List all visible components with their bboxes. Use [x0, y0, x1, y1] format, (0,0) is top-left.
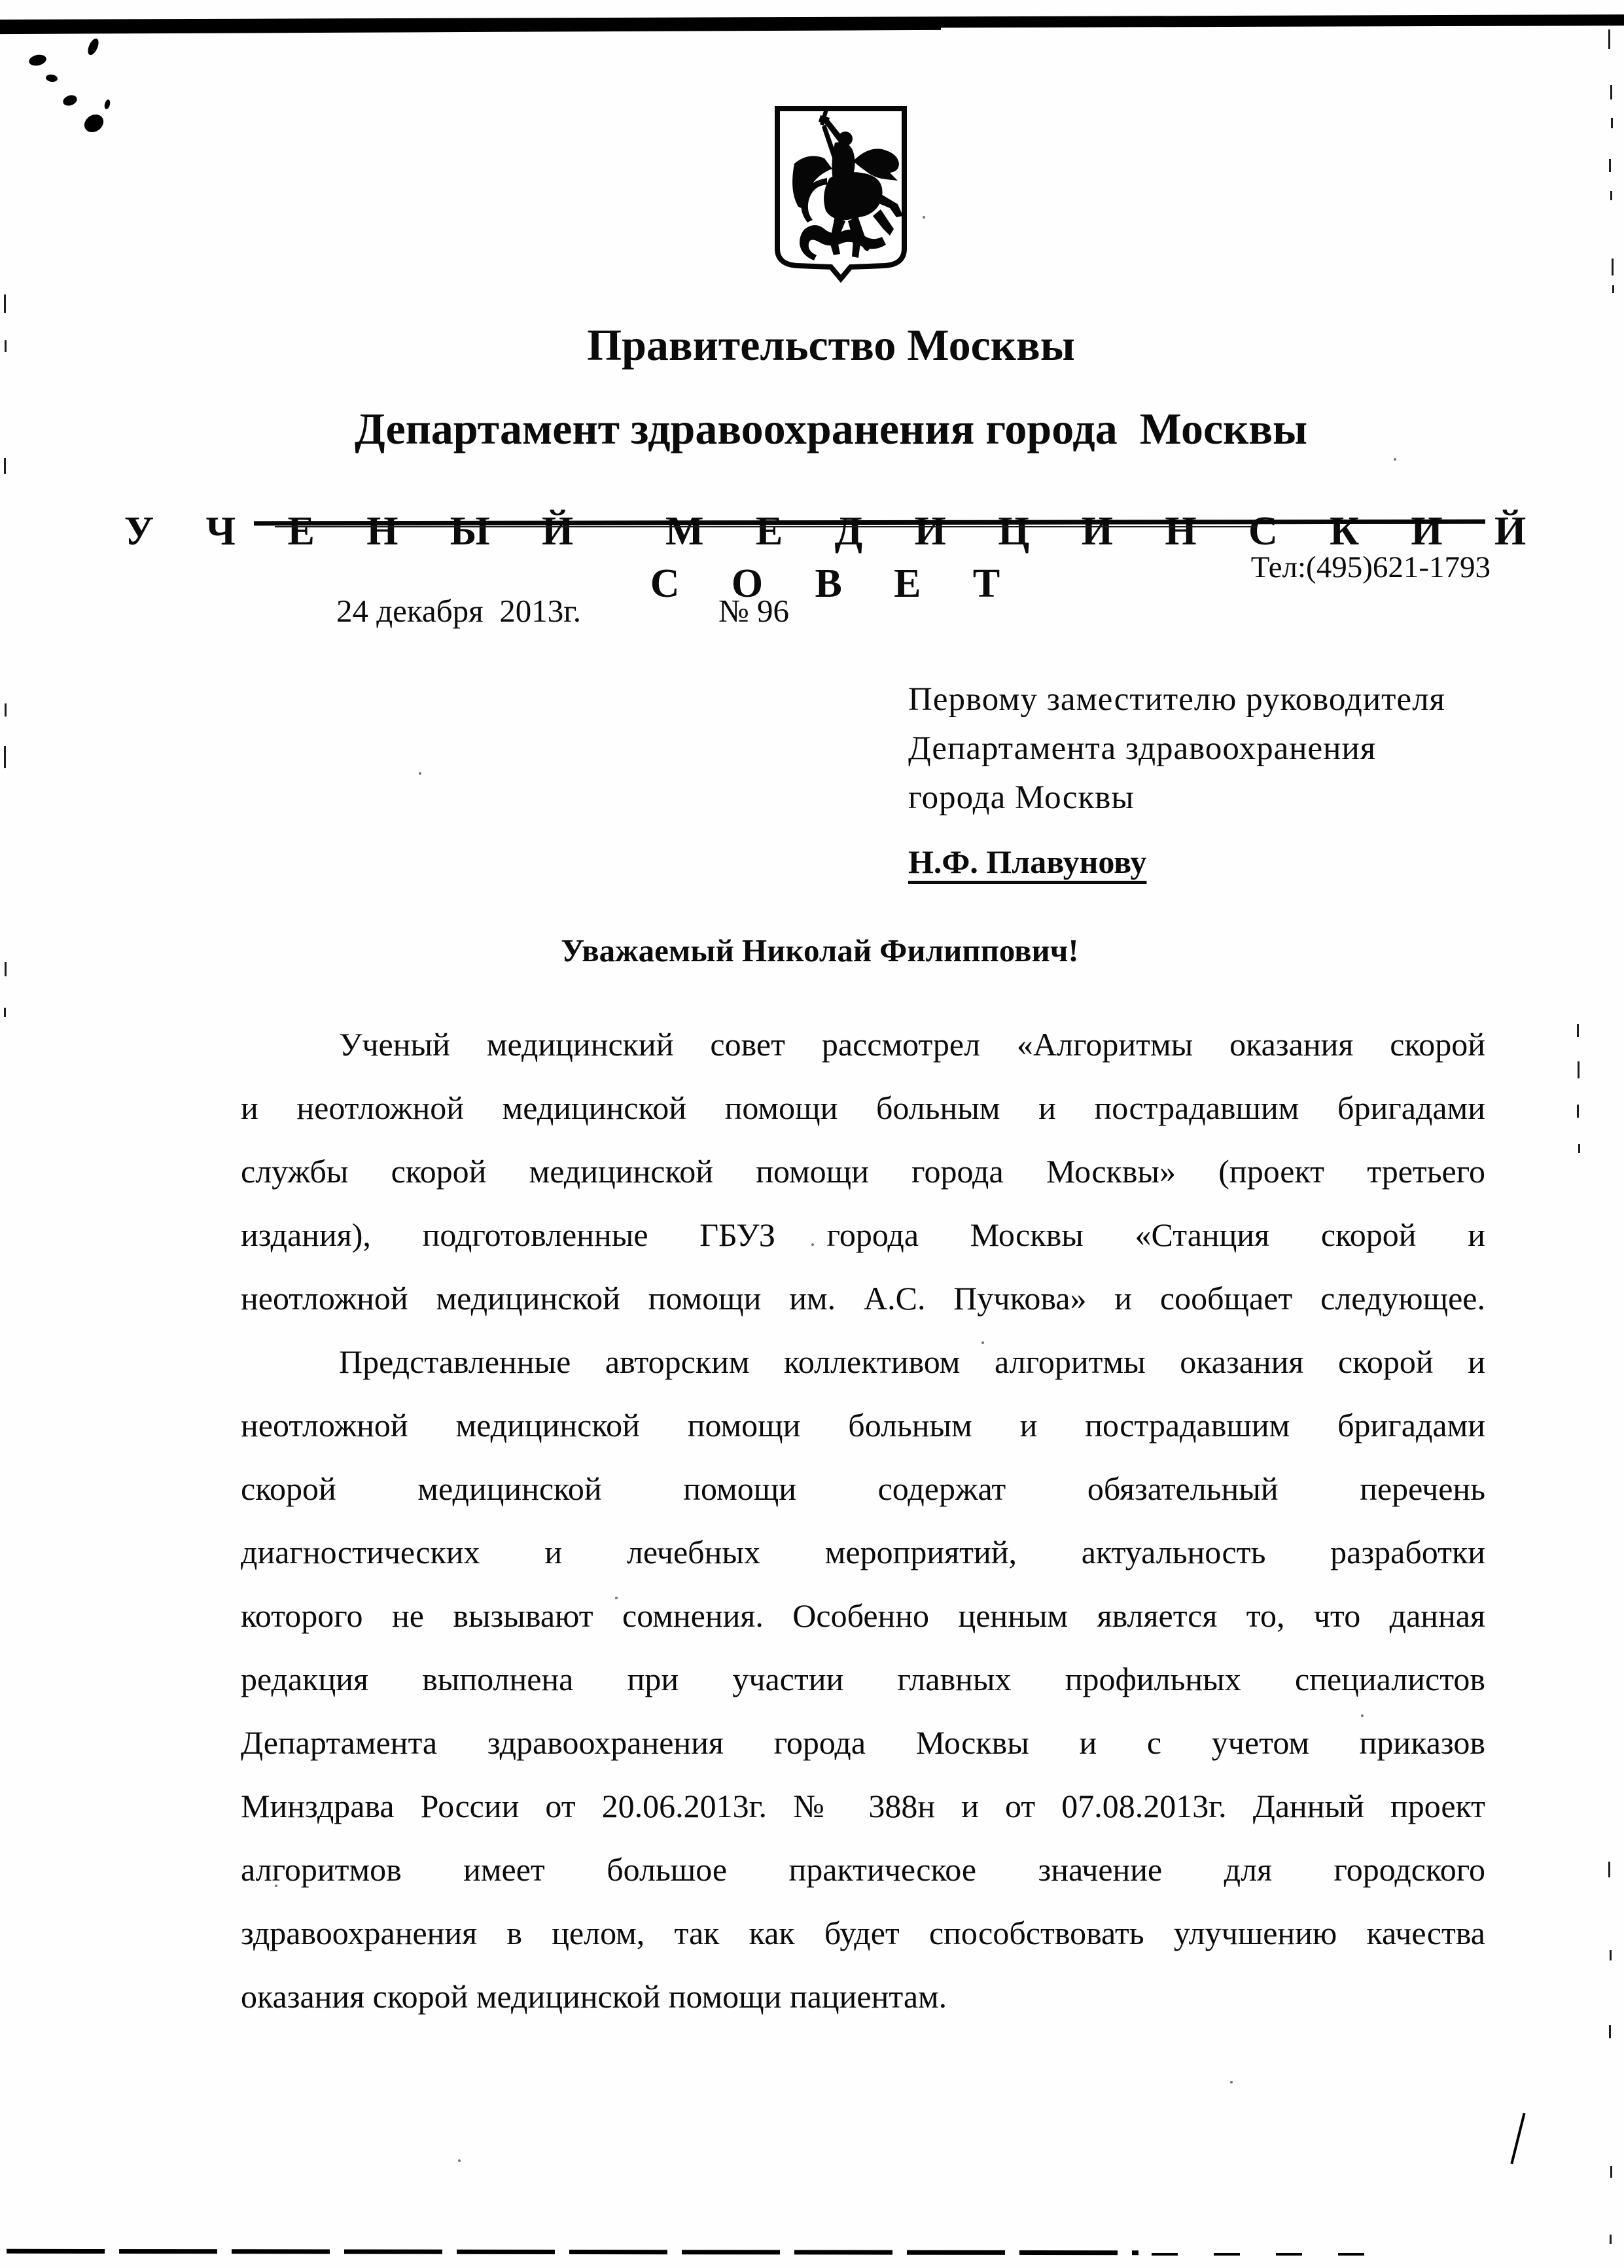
scan-artifact-edge-mark	[1578, 1061, 1580, 1078]
body-line: Минздрава России от 20.06.2013г. № 388н …	[241, 1775, 1485, 1838]
body-line: неотложной медицинской помощи больным и …	[241, 1394, 1485, 1457]
body-line: службы скорой медицинской помощи города …	[241, 1140, 1485, 1203]
scan-artifact-edge-mark	[1610, 191, 1612, 200]
scan-artifact-edge-mark	[1612, 285, 1614, 293]
scan-artifact-edge-mark	[1610, 85, 1612, 99]
body-line: диагностических и лечебных мероприятий, …	[241, 1521, 1485, 1584]
body-line: Департамента здравоохранения города Моск…	[241, 1711, 1485, 1775]
body-line: здравоохранения в целом, так как будет с…	[241, 1902, 1485, 1965]
scanned-letter-page: Правительство Москвы Департамент здравоо…	[0, 0, 1624, 2268]
scan-artifact-edge-mark	[4, 746, 6, 768]
scan-artifact-smudge	[28, 53, 48, 67]
letterhead-rule-thin	[275, 526, 1256, 527]
scan-artifact-edge-mark	[4, 1008, 6, 1017]
scan-artifact-edge-mark	[1608, 1862, 1610, 1877]
body-line: скорой медицинской помощи содержат обяза…	[241, 1457, 1485, 1521]
body-line: Ученый медицинский совет рассмотрел «Алг…	[241, 1013, 1485, 1076]
moscow-coat-of-arms	[769, 101, 912, 283]
scan-artifact-speck	[458, 2159, 461, 2162]
addressee-line: Первому заместителю руководителя	[908, 675, 1523, 724]
scan-artifact-edge-mark	[1612, 258, 1614, 275]
scan-artifact-speck	[419, 772, 421, 775]
scan-artifact-smudge	[86, 37, 101, 57]
scan-artifact-edge-mark	[1609, 2025, 1611, 2038]
scan-artifact-speck	[923, 216, 925, 219]
addressee-line: Департамента здравоохранения	[908, 724, 1523, 773]
scan-artifact-edge-mark	[1611, 118, 1613, 128]
scan-artifact-edge-mark	[1578, 1144, 1580, 1153]
body-line: и неотложной медицинской помощи больным …	[241, 1076, 1485, 1140]
scan-artifact-smudge	[62, 94, 79, 108]
scan-artifact-edge-mark	[4, 294, 6, 313]
scan-artifact-edge-mark	[1609, 159, 1611, 172]
org-name-line1: Правительство Москвы	[98, 318, 1564, 372]
salutation: Уважаемый Николай Филиппович!	[241, 932, 1399, 969]
letter-number: № 96	[718, 592, 789, 629]
scan-artifact-slash-mark	[1510, 2113, 1525, 2165]
scan-artifact-bottom-line	[7, 2249, 1139, 2255]
scan-artifact-edge-mark	[1610, 2166, 1612, 2178]
body-line: Представленные авторским коллективом алг…	[241, 1330, 1485, 1394]
st-george-emblem-drawing	[769, 101, 912, 283]
scan-artifact-edge-mark	[5, 703, 7, 717]
org-name-line2: Департамент здравоохранения города Москв…	[98, 402, 1564, 455]
body-line: которого не вызывают сомнения. Особенно …	[241, 1584, 1485, 1648]
letter-body: Ученый медицинский совет рассмотрел «Алг…	[241, 1013, 1485, 2029]
letter-date: 24 декабря 2013г.	[336, 592, 581, 629]
body-line: издания), подготовленные ГБУЗ города Мос…	[241, 1203, 1485, 1267]
phone-number: Тел:(495)621-1793	[1216, 550, 1491, 585]
scan-artifact-edge-mark	[5, 962, 7, 976]
scan-artifact-edge-mark	[4, 458, 6, 474]
body-line: алгоритмов имеет большое практическое зн…	[241, 1838, 1485, 1902]
scan-artifact-smudge	[45, 74, 58, 82]
body-line: неотложной медицинской помощи им. А.С. П…	[241, 1267, 1485, 1330]
scan-artifact-speck	[1230, 2081, 1233, 2083]
addressee-block: Первому заместителю руководителя Департа…	[908, 675, 1523, 823]
scan-artifact-edge-mark	[1610, 1950, 1612, 1960]
body-line: редакция выполнена при участии главных п…	[241, 1648, 1485, 1711]
addressee-name: Н.Ф. Плавунову	[908, 843, 1146, 881]
body-line: оказания скорой медицинской помощи пацие…	[241, 1965, 1485, 2029]
scan-artifact-smudge	[103, 99, 111, 110]
scan-artifact-edge-mark	[5, 340, 7, 352]
scan-artifact-edge-mark	[1577, 1024, 1579, 1037]
addressee-line: города Москвы	[908, 773, 1523, 823]
scan-artifact-edge-mark	[1577, 1105, 1579, 1118]
scan-artifact-edge-mark	[1608, 29, 1610, 49]
scan-artifact-bottom-line-tail	[1152, 2253, 1368, 2256]
scan-artifact-smudge	[81, 111, 107, 135]
scan-artifact-edge-mark	[1610, 2235, 1612, 2244]
